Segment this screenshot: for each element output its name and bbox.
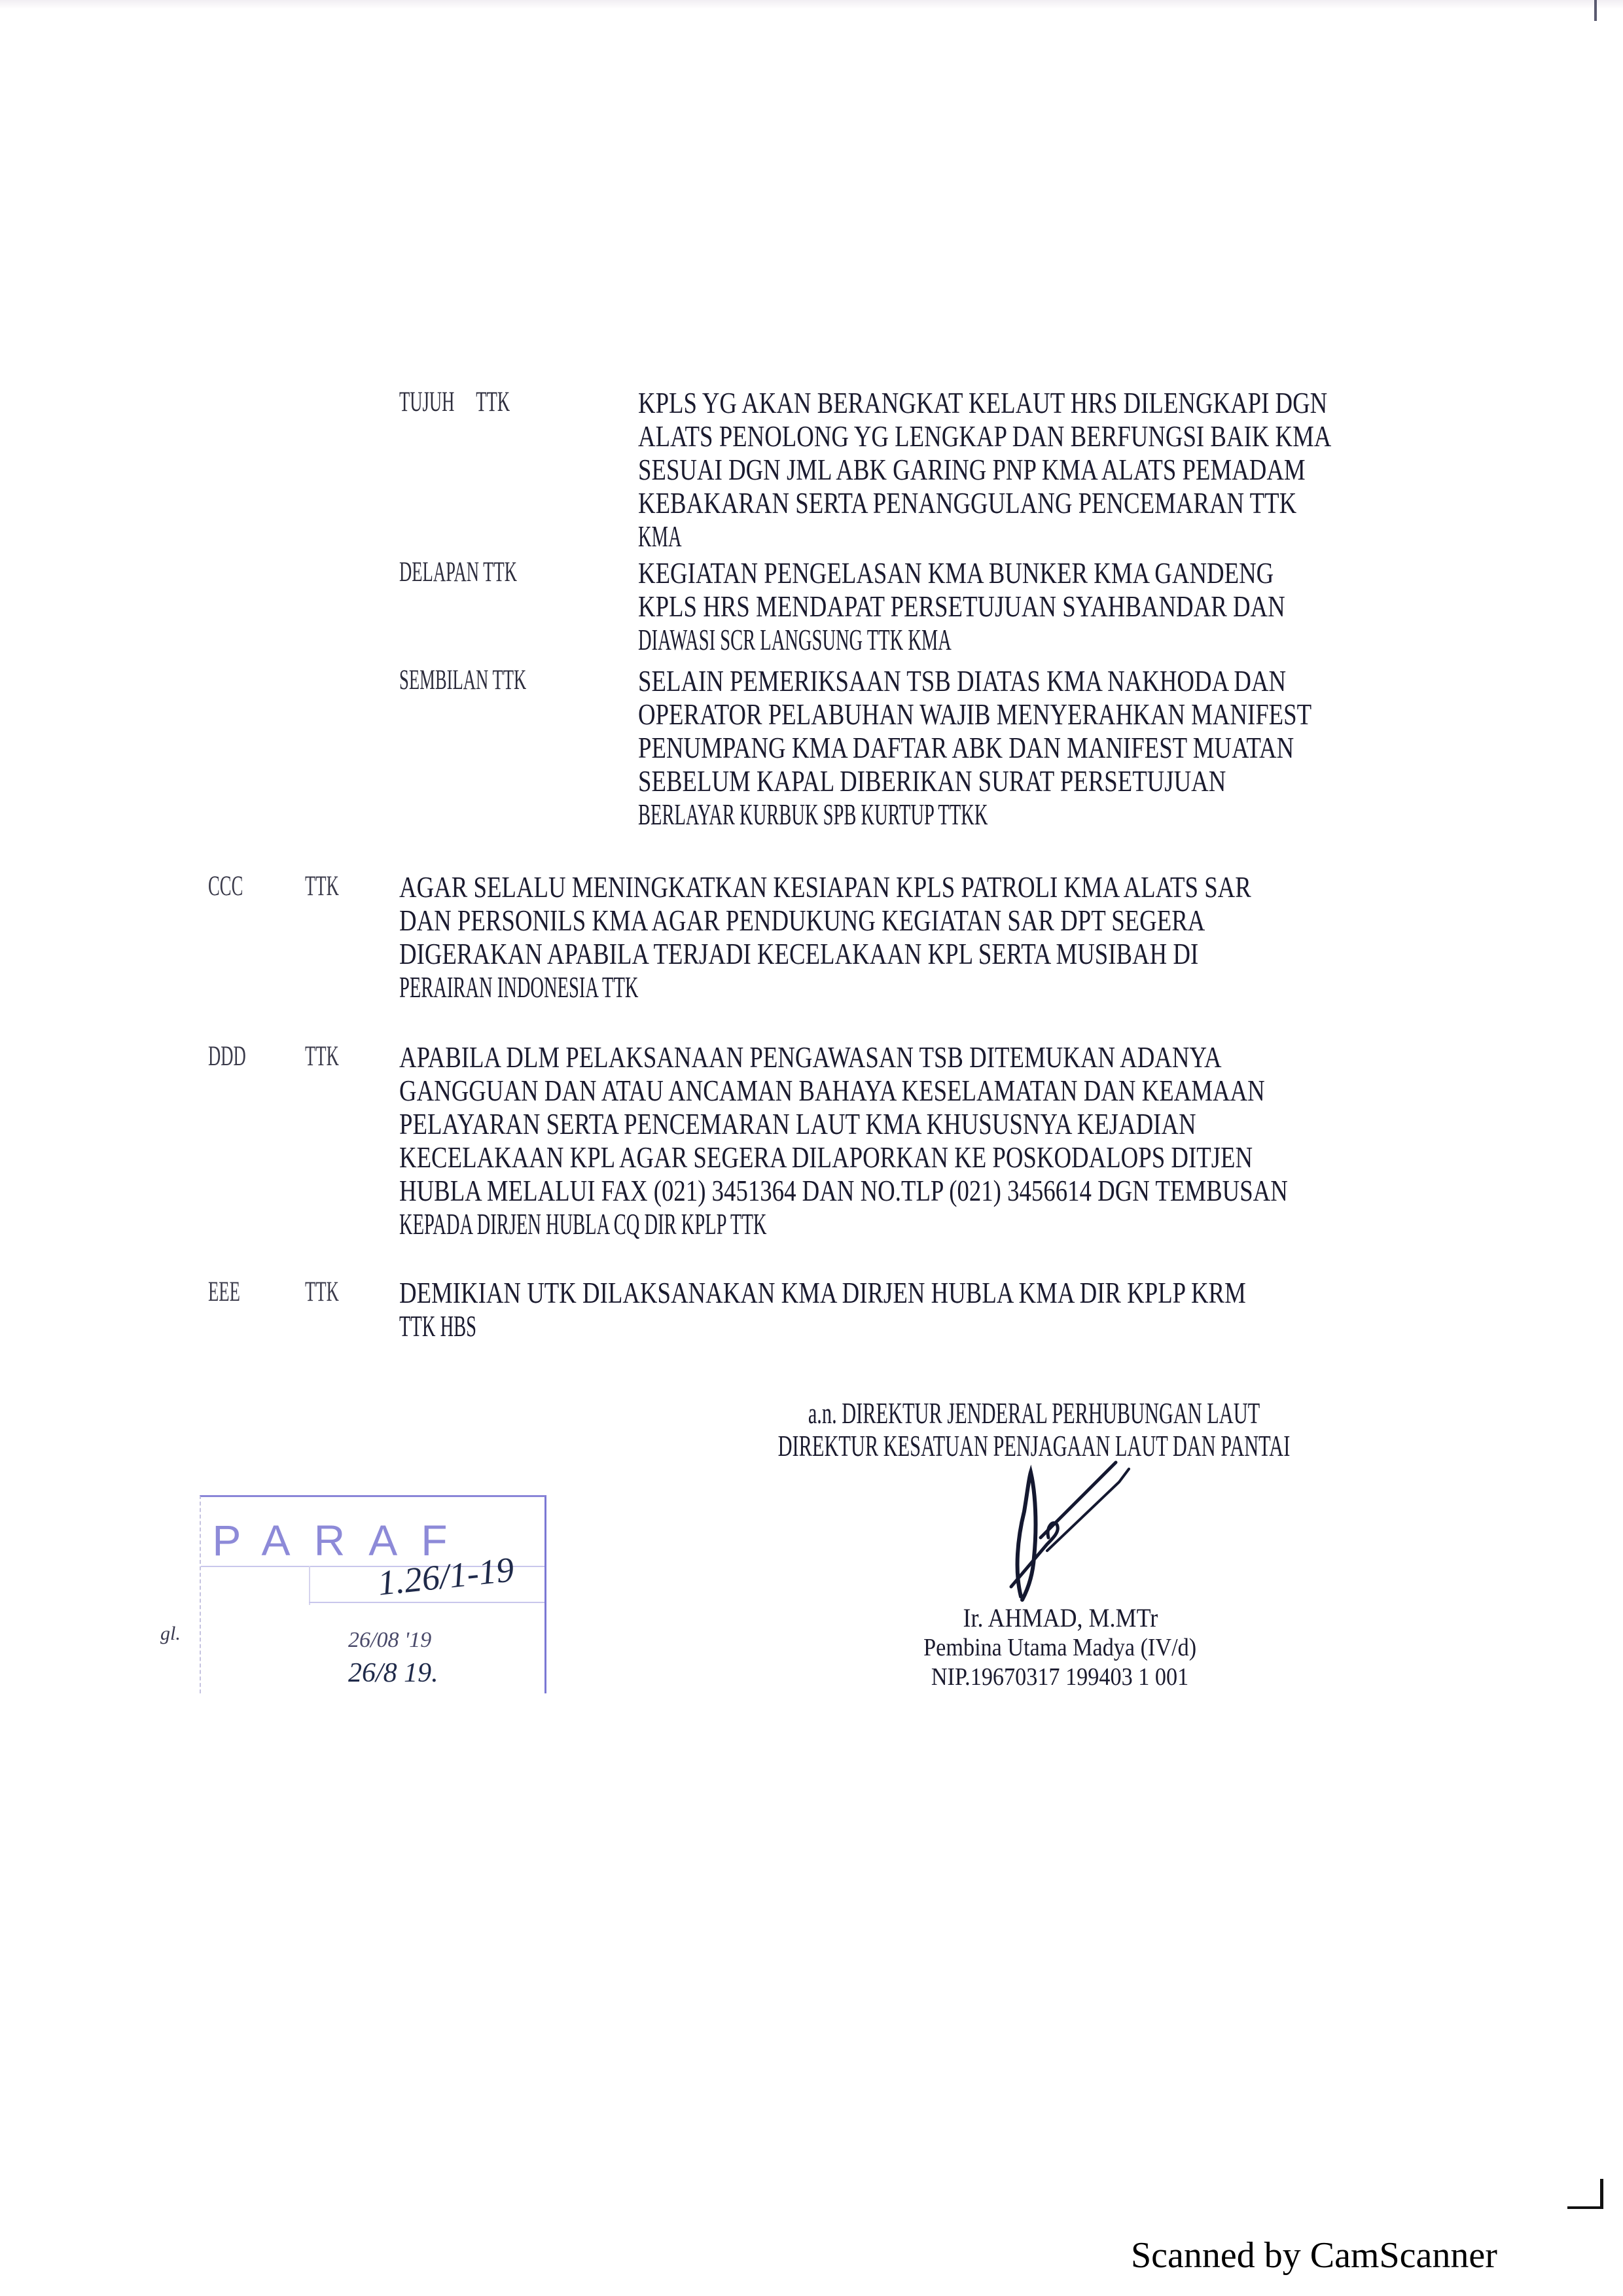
text-line: DIAWASI SCR LANGSUNG TTK KMA: [638, 623, 1479, 656]
sub-item-text: SELAIN PEMERIKSAAN TSB DIATAS KMA NAKHOD…: [638, 664, 1479, 831]
text-line: PERAIRAN INDONESIA TTK: [399, 970, 1476, 1004]
text-line: KECELAKAAN KPL AGAR SEGERA DILAPORKAN KE…: [399, 1140, 1476, 1174]
main-item-label: DDD: [208, 1040, 269, 1072]
sub-item-label: SEMBILAN TTK: [399, 664, 604, 696]
signer-rank: Pembina Utama Madya (IV/d): [864, 1633, 1257, 1663]
text-line: HUBLA MELALUI FAX (021) 3451364 DAN NO.T…: [399, 1174, 1476, 1207]
text-line: KPLS HRS MENDAPAT PERSETUJUAN SYAHBANDAR…: [638, 590, 1479, 623]
main-item-text: APABILA DLM PELAKSANAAN PENGAWASAN TSB D…: [399, 1040, 1476, 1241]
text-line: AGAR SELALU MENINGKATKAN KESIAPAN KPLS P…: [399, 870, 1476, 904]
text-line: DAN PERSONILS KMA AGAR PENDUKUNG KEGIATA…: [399, 904, 1476, 937]
text-line: PENUMPANG KMA DAFTAR ABK DAN MANIFEST MU…: [638, 731, 1479, 764]
stamp-handwritten-date: 26/08 '19: [348, 1628, 431, 1653]
text-line: APABILA DLM PELAKSANAAN PENGAWASAN TSB D…: [399, 1040, 1476, 1074]
text-line: PELAYARAN SERTA PENCEMARAN LAUT KMA KHUS…: [399, 1107, 1476, 1140]
sub-item-label: DELAPAN TTK: [399, 556, 589, 588]
text-line: KEPADA DIRJEN HUBLA CQ DIR KPLP TTK: [399, 1207, 1476, 1241]
signer-nip: NIP.19670317 199403 1 001: [864, 1663, 1257, 1692]
text-line: SEBELUM KAPAL DIBERIKAN SURAT PERSETUJUA…: [638, 764, 1479, 798]
signer-name: Ir. AHMAD, M.MTr: [864, 1603, 1257, 1633]
text-line: KPLS YG AKAN BERANGKAT KELAUT HRS DILENG…: [638, 386, 1479, 419]
text-line: DIGERAKAN APABILA TERJADI KECELAKAAN KPL…: [399, 937, 1476, 970]
sub-item-label: TUJUH TTK: [399, 386, 578, 418]
text-line: SELAIN PEMERIKSAAN TSB DIATAS KMA NAKHOD…: [638, 664, 1479, 698]
paraf-stamp: PARAF 1.26/1-19 26/08 '19 26/8 19.: [200, 1495, 546, 1693]
sub-item-text: KEGIATAN PENGELASAN KMA BUNKER KMA GANDE…: [638, 556, 1479, 656]
stamp-handwritten-date: 26/8 19.: [348, 1657, 438, 1689]
main-item-label: EEE: [208, 1276, 260, 1308]
stamp-divider: [309, 1602, 544, 1603]
main-item-ttk: TTK: [305, 1276, 360, 1308]
text-line: ALATS PENOLONG YG LENGKAP DAN BERFUNGSI …: [638, 419, 1479, 453]
handwritten-signature-icon: [975, 1446, 1132, 1603]
main-item-text: AGAR SELALU MENINGKATKAN KESIAPAN KPLS P…: [399, 870, 1476, 1004]
text-line: BERLAYAR KURBUK SPB KURTUP TTKK: [638, 798, 1479, 831]
camscanner-watermark: Scanned by CamScanner: [1131, 2234, 1497, 2276]
text-line: KEBAKARAN SERTA PENANGGULANG PENCEMARAN …: [638, 486, 1479, 520]
main-item-ttk: TTK: [305, 870, 360, 902]
text-line: TTK HBS: [399, 1309, 1476, 1343]
text-line: GANGGUAN DAN ATAU ANCAMAN BAHAYA KESELAM…: [399, 1074, 1476, 1107]
text-line: DEMIKIAN UTK DILAKSANAKAN KMA DIRJEN HUB…: [399, 1276, 1476, 1309]
main-item-ttk: TTK: [305, 1040, 360, 1072]
scan-page-corner: [1567, 2179, 1603, 2209]
main-item-label: CCC: [208, 870, 264, 902]
scan-edge-top: [0, 0, 1623, 9]
text-line: KEGIATAN PENGELASAN KMA BUNKER KMA GANDE…: [638, 556, 1479, 590]
on-behalf-line: a.n. DIREKTUR JENDERAL PERHUBUNGAN LAUT: [641, 1397, 1427, 1430]
text-line: OPERATOR PELABUHAN WAJIB MENYERAHKAN MAN…: [638, 698, 1479, 731]
main-item-text: DEMIKIAN UTK DILAKSANAKAN KMA DIRJEN HUB…: [399, 1276, 1476, 1343]
stamp-divider: [309, 1566, 310, 1605]
margin-note: gl.: [160, 1623, 181, 1645]
signer-info: Ir. AHMAD, M.MTr Pembina Utama Madya (IV…: [864, 1603, 1257, 1692]
text-line: SESUAI DGN JML ABK GARING PNP KMA ALATS …: [638, 453, 1479, 486]
sub-item-text: KPLS YG AKAN BERANGKAT KELAUT HRS DILENG…: [638, 386, 1479, 553]
text-line: KMA: [638, 520, 1479, 553]
scan-edge-right: [1594, 0, 1597, 21]
